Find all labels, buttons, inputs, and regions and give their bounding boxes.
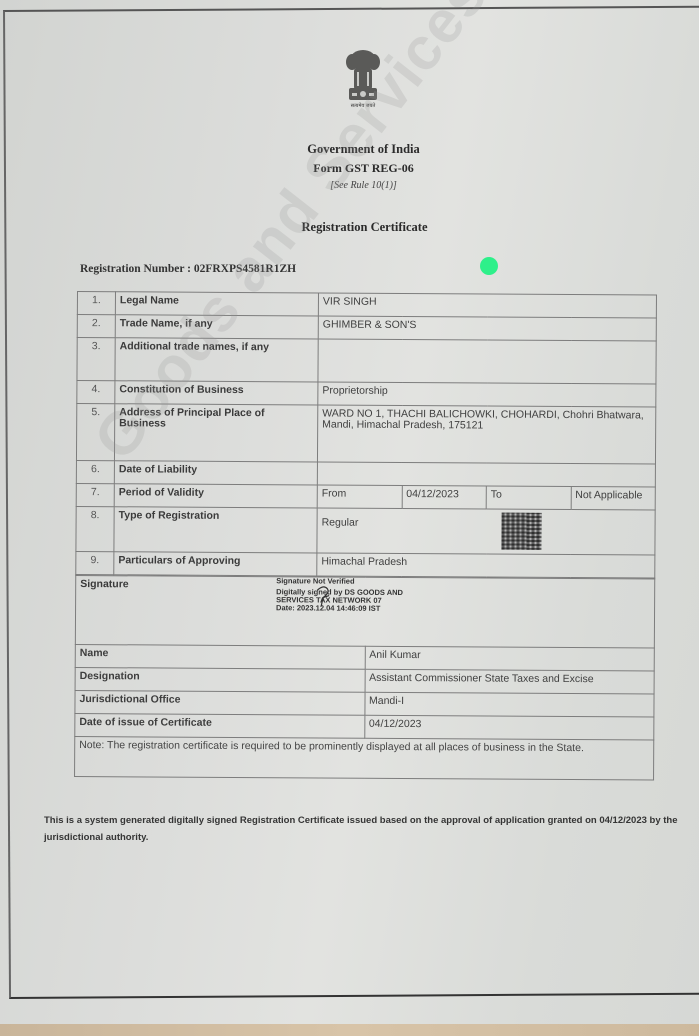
form-heading: Form GST REG-06 bbox=[0, 161, 699, 176]
signature-row: Signature Signature Not Verified Digital… bbox=[75, 575, 654, 648]
table-row: 3. Additional trade names, if any bbox=[77, 338, 656, 385]
field-label: Particulars of Approving bbox=[114, 552, 317, 576]
officer-field-label: Jurisdictional Office bbox=[75, 690, 365, 715]
constitution-value: Proprietorship bbox=[318, 382, 656, 407]
officer-field-label: Name bbox=[75, 644, 365, 669]
officer-field-label: Date of issue of Certificate bbox=[75, 713, 365, 738]
field-label: Date of Liability bbox=[114, 461, 317, 485]
officer-field-label: Designation bbox=[75, 667, 365, 692]
qr-code-icon bbox=[501, 513, 541, 550]
document-page: सत्यमेव जयते Government of India Form GS… bbox=[0, 0, 699, 1036]
status-dot-indicator bbox=[480, 257, 498, 275]
row-number: 8. bbox=[76, 506, 114, 551]
issue-date-value: 04/12/2023 bbox=[364, 715, 654, 740]
field-label: Legal Name bbox=[115, 292, 318, 316]
registration-number-value: 02FRXPS4581R1ZH bbox=[194, 263, 296, 275]
row-number: 4. bbox=[77, 381, 115, 404]
table-row: 5. Address of Principal Place of Busines… bbox=[76, 404, 655, 465]
digital-signature-block: Signature Not Verified Digitally signed … bbox=[80, 576, 650, 614]
government-heading: Government of India bbox=[0, 142, 699, 157]
additional-trade-names-value bbox=[318, 339, 656, 384]
row-number: 3. bbox=[77, 338, 115, 381]
row-number: 9. bbox=[76, 551, 114, 574]
row-number: 6. bbox=[76, 460, 114, 483]
validity-to-value: Not Applicable bbox=[571, 487, 656, 511]
registration-number-label: Registration Number : bbox=[80, 263, 191, 275]
certificate-details-table: 1. Legal Name VIR SINGH 2. Trade Name, i… bbox=[74, 291, 657, 781]
table-row: 9. Particulars of Approving Himachal Pra… bbox=[76, 551, 655, 578]
address-value: WARD NO 1, THACHI BALICHOWKI, CHOHARDI, … bbox=[317, 405, 655, 464]
field-label: Constitution of Business bbox=[115, 381, 318, 405]
date-of-liability-value bbox=[317, 462, 655, 487]
validity-from-label: From bbox=[317, 485, 402, 509]
designation-value: Assistant Commissioner State Taxes and E… bbox=[365, 669, 655, 694]
row-number: 2. bbox=[77, 315, 115, 338]
page-title: Registration Certificate bbox=[0, 220, 699, 235]
signature-check-icon bbox=[315, 584, 333, 608]
legal-name-value: VIR SINGH bbox=[318, 293, 656, 318]
background-surface bbox=[0, 1024, 699, 1036]
registration-type-value: Regular bbox=[322, 517, 359, 528]
field-label: Trade Name, if any bbox=[115, 315, 318, 339]
registration-type-cell: Regular bbox=[317, 508, 655, 555]
signature-cell: Signature Signature Not Verified Digital… bbox=[75, 575, 654, 648]
validity-from-value: 04/12/2023 bbox=[402, 485, 487, 509]
table-row: 8. Type of Registration Regular bbox=[76, 506, 655, 555]
field-label: Additional trade names, if any bbox=[115, 338, 318, 382]
rule-reference: [See Rule 10(1)] bbox=[0, 180, 699, 191]
registration-number: Registration Number : 02FRXPS4581R1ZH bbox=[80, 263, 296, 275]
row-number: 7. bbox=[76, 483, 114, 506]
field-label: Period of Validity bbox=[114, 484, 317, 508]
officer-name-value: Anil Kumar bbox=[365, 646, 655, 671]
note-row: Note: The registration certificate is re… bbox=[75, 736, 654, 780]
validity-to-label: To bbox=[486, 486, 571, 510]
row-number: 1. bbox=[77, 292, 115, 315]
field-label: Type of Registration bbox=[114, 507, 317, 553]
emblem-caption: सत्यमेव जयते bbox=[340, 103, 386, 109]
display-note: Note: The registration certificate is re… bbox=[75, 736, 654, 780]
field-label: Address of Principal Place of Business bbox=[114, 404, 317, 462]
trade-name-value: GHIMBER & SON'S bbox=[318, 316, 656, 341]
footer-disclaimer: This is a system generated digitally sig… bbox=[44, 812, 694, 846]
approving-authority-value: Himachal Pradesh bbox=[317, 553, 655, 578]
row-number: 5. bbox=[76, 404, 114, 461]
jurisdictional-office-value: Mandi-I bbox=[364, 692, 654, 717]
